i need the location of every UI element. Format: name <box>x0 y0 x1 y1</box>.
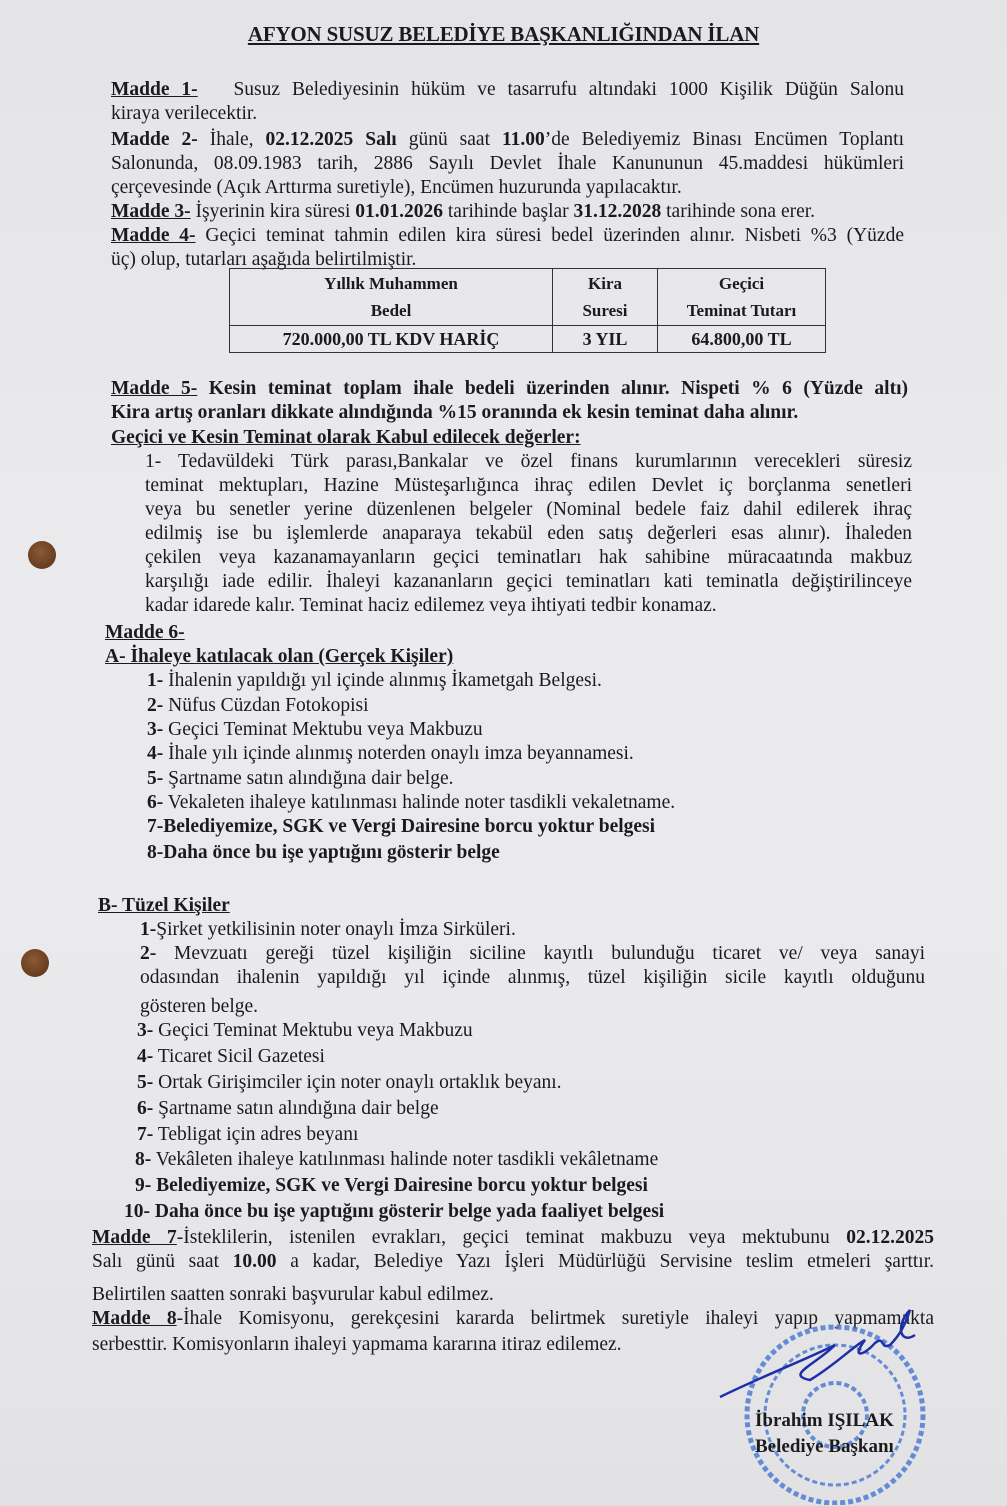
list-item: 8-Daha önce bu işe yaptığını gösterir be… <box>147 841 500 865</box>
teminat-heading: Geçici ve Kesin Teminat olarak Kabul edi… <box>111 426 581 450</box>
signature-icon <box>720 1310 915 1397</box>
list-item-continuation: gösteren belge. <box>140 995 258 1019</box>
list-item: 4- Ticaret Sicil Gazetesi <box>137 1045 325 1069</box>
madde-8-label: Madde 8 <box>92 1308 177 1329</box>
madde-8-line-2: serbesttir. Komisyonların ihaleyi yapmam… <box>92 1333 622 1357</box>
madde-4-line-1: Madde 4- Geçici teminat tahmin edilen ki… <box>111 224 904 248</box>
teminat-line: kadar idarede kalır. Teminat haciz edile… <box>145 594 717 618</box>
list-item-continuation: odasından ihalenin yapıldığı yıl içinde … <box>140 966 925 990</box>
table-cell-sure: 3 YIL <box>553 326 658 353</box>
list-item: 10- Daha önce bu işe yaptığını gösterir … <box>124 1200 664 1224</box>
teminat-line: karşılığı iade edilir. İhaleyi kazananla… <box>145 570 912 594</box>
madde-7-line-1: Madde 7-İsteklilerin, istenilen evraklar… <box>92 1226 934 1250</box>
teminat-table: Yıllık MuhammenBedel KiraSuresi GeçiciTe… <box>229 268 826 353</box>
list-item: 6- Şartname satın alındığına dair belge <box>137 1097 439 1121</box>
teminat-line: 1- Tedavüldeki Türk parası,Bankalar ve ö… <box>145 450 912 474</box>
madde-6-label: Madde 6- <box>105 621 185 645</box>
teminat-line: edilmiş ise bu işlemlerde anaparaya teka… <box>145 522 912 546</box>
madde-7-line-3: Belirtilen saatten sonraki başvurular ka… <box>92 1283 494 1307</box>
gercek-kisiler-heading: A- İhaleye katılacak olan (Gerçek Kişile… <box>105 645 453 669</box>
list-item: 5- Şartname satın alındığına dair belge. <box>147 767 454 791</box>
document-page: AFYON SUSUZ BELEDİYE BAŞKANLIĞINDAN İLAN… <box>0 0 1007 1506</box>
signatory-title: Belediye Başkanı <box>755 1436 894 1458</box>
kira-end-date: 31.12.2028 <box>574 201 662 222</box>
page-title: AFYON SUSUZ BELEDİYE BAŞKANLIĞINDAN İLAN <box>0 22 1007 47</box>
madde-5-line-1: Madde 5- Kesin teminat toplam ihale bede… <box>111 377 908 401</box>
list-item: 6- Vekaleten ihaleye katılınması halinde… <box>147 791 675 815</box>
kira-start-date: 01.01.2026 <box>355 201 443 222</box>
ihale-time: 11.00 <box>502 129 545 150</box>
signatory-name: İbrahim IŞILAK <box>755 1410 894 1432</box>
madde-3-label: Madde 3- <box>111 201 191 222</box>
table-cell-bedel: 720.000,00 TL KDV HARİÇ <box>230 326 553 353</box>
madde-4-label: Madde 4- <box>111 225 196 246</box>
teminat-line: veya bu senetler yerine düzenlenen belge… <box>145 498 912 522</box>
table-header-cell: Yıllık MuhammenBedel <box>230 269 553 326</box>
madde-5-label: Madde 5- <box>111 378 197 399</box>
official-stamp-icon <box>715 1305 945 1505</box>
madde-1-line-2: kiraya verilecektir. <box>111 102 257 126</box>
punch-hole-icon <box>28 541 56 569</box>
basvuru-time: 10.00 <box>233 1251 277 1272</box>
table-header-cell: GeçiciTeminat Tutarı <box>658 269 826 326</box>
list-item: 4- İhale yılı içinde alınmış noterden on… <box>147 742 634 766</box>
madde-5-line-2: Kira artış oranları dikkate alındığında … <box>111 401 798 425</box>
table-cell-teminat: 64.800,00 TL <box>658 326 826 353</box>
teminat-line: teminat mektupları, Hazine Müsteşarlığın… <box>145 474 912 498</box>
list-item: 7-Belediyemize, SGK ve Vergi Dairesine b… <box>147 815 655 839</box>
madde-1-label: Madde 1- <box>111 79 198 100</box>
madde-2-line-1: Madde 2- İhale, 02.12.2025 Salı günü saa… <box>111 128 904 152</box>
madde-7-line-2: Salı günü saat 10.00 a kadar, Belediye Y… <box>92 1250 934 1274</box>
punch-hole-icon <box>21 949 49 977</box>
madde-3: Madde 3- İşyerinin kira süresi 01.01.202… <box>111 200 815 224</box>
list-item: 1- İhalenin yapıldığı yıl içinde alınmış… <box>147 669 602 693</box>
tuzel-kisiler-heading: B- Tüzel Kişiler <box>98 894 230 918</box>
madde-2-label: Madde 2- <box>111 129 198 150</box>
list-item: 9- Belediyemize, SGK ve Vergi Dairesine … <box>135 1174 648 1198</box>
madde-1-line-1: Madde 1- Susuz Belediyesinin hüküm ve ta… <box>111 78 904 102</box>
list-item: 2- Mevzuatı gereği tüzel kişiliğin sicil… <box>140 942 925 966</box>
table-row: 720.000,00 TL KDV HARİÇ 3 YIL 64.800,00 … <box>230 326 826 353</box>
list-item: 7- Tebligat için adres beyanı <box>137 1123 358 1147</box>
list-item: 5- Ortak Girişimciler için noter onaylı … <box>137 1071 562 1095</box>
madde-2-line-3: çerçevesinde (Açık Arttırma suretiyle), … <box>111 176 682 200</box>
madde-7-label: Madde 7 <box>92 1227 177 1248</box>
teminat-line: çekilen veya kazanamayanların geçici tem… <box>145 546 912 570</box>
table-header-cell: KiraSuresi <box>553 269 658 326</box>
table-header-row: Yıllık MuhammenBedel KiraSuresi GeçiciTe… <box>230 269 826 326</box>
list-item: 3- Geçici Teminat Mektubu veya Makbuzu <box>147 718 483 742</box>
list-item: 3- Geçici Teminat Mektubu veya Makbuzu <box>137 1019 473 1043</box>
list-item: 8- Vekâleten ihaleye katılınması halinde… <box>135 1148 658 1172</box>
list-item: 1-Şirket yetkilisinin noter onaylı İmza … <box>140 918 516 942</box>
basvuru-date: 02.12.2025 <box>846 1227 934 1248</box>
ihale-date: 02.12.2025 Salı <box>266 129 397 150</box>
list-item: 2- Nüfus Cüzdan Fotokopisi <box>147 694 369 718</box>
madde-2-line-2: Salonunda, 08.09.1983 tarih, 2886 Sayılı… <box>111 152 904 176</box>
